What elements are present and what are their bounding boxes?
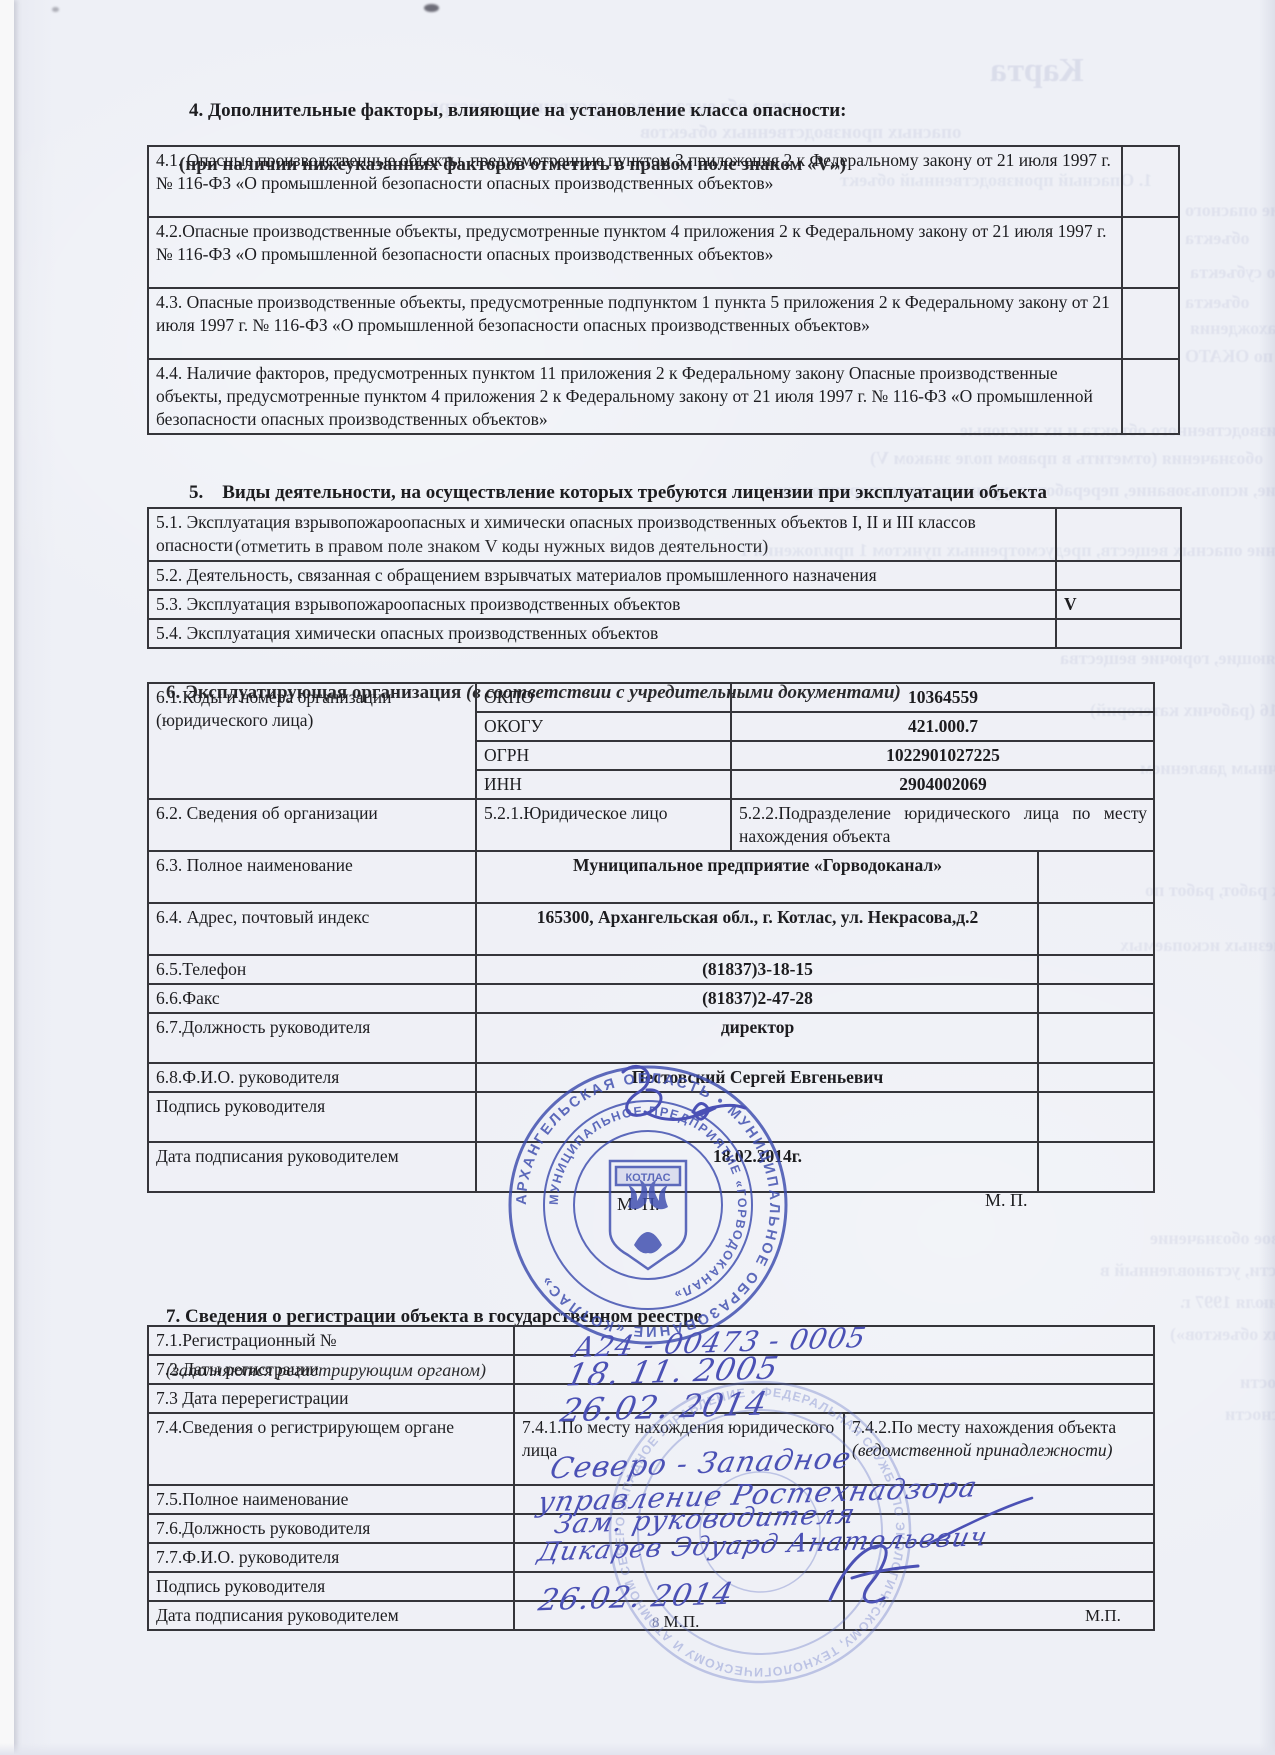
org-legal-entity: 5.2.1.Юридическое лицо [476, 799, 731, 851]
factor-4-1-text: 4.1. Опасные производственные объекты, п… [148, 146, 1122, 217]
bleedthrough-text: объекта [1185, 228, 1249, 249]
table-row: 6.1.Коды и номера организации (юридическ… [148, 683, 1154, 712]
head-signature-label: Подпись руководителя [148, 1092, 476, 1142]
table-row: 6.3. Полное наименование Муниципальное п… [148, 851, 1154, 903]
director-signature [545, 1060, 775, 1150]
handwritten-rereg-date: 26.02. 2014 [557, 1384, 771, 1429]
checkmark-stroke [920, 1492, 1040, 1552]
table-row: 6.5.Телефон (81837)3-18-15 [148, 955, 1154, 984]
empty-cell [1038, 955, 1154, 984]
table-row: 6.2. Сведения об организации 5.2.1.Юриди… [148, 799, 1154, 851]
code-inn-value: 2904002069 [731, 770, 1154, 799]
reg-org-label: 7.4.Сведения о регистрирующем органе [148, 1413, 514, 1485]
org-division: 5.2.2.Подразделение юридического лица по… [731, 799, 1154, 851]
table-row: 6.6.Факс (81837)2-47-28 [148, 984, 1154, 1013]
activity-5-3-mark: V [1056, 590, 1181, 619]
activity-5-3-text: 5.3. Эксплуатация взрывопожароопасных пр… [148, 590, 1056, 619]
head-position-label: 6.7.Должность руководителя [148, 1013, 476, 1063]
reg-date-label: 7.2.Даты регистрации [148, 1355, 514, 1384]
page-edge-shade-right [1259, 0, 1275, 1755]
table-row: 4.4. Наличие факторов, предусмотренных п… [148, 359, 1179, 434]
factor-4-1-mark [1122, 146, 1179, 217]
code-ogrn-label: ОГРН [476, 741, 731, 770]
code-okogu-label: ОКОГУ [476, 712, 731, 741]
activity-5-4-mark [1056, 619, 1181, 648]
code-okogu-value: 421.000.7 [731, 712, 1154, 741]
org-fullname-value: Муниципальное предприятие «Горводоканал» [476, 851, 1038, 903]
bleedthrough-text: осуществляемых открытым способом без при… [1145, 880, 1275, 901]
section4-title-line1: 4. Дополнительные факторы, влияющие на у… [179, 100, 847, 121]
org-info-label: 6.2. Сведения об организации [148, 799, 476, 851]
empty-cell [1038, 851, 1154, 903]
activity-5-2-mark [1056, 561, 1181, 590]
scanner-edge-strip [0, 0, 14, 1755]
table-row: 6.4. Адрес, почтовый индекс 165300, Арха… [148, 903, 1154, 955]
reg-number-label: 7.1.Регистрационный № [148, 1326, 514, 1355]
activity-5-1-mark [1056, 508, 1181, 561]
bleedthrough-text: в) использование оборудования, работающе… [1140, 758, 1275, 779]
table-row: 4.2.Опасные производственные объекты, пр… [148, 217, 1179, 288]
table-row: 5.4. Эксплуатация химически опасных прои… [148, 619, 1181, 648]
bleedthrough-text: 3. Класс опасности опасного производстве… [1150, 1228, 1275, 1249]
activity-5-1-text: 5.1. Эксплуатация взрывопожароопасных и … [148, 508, 1056, 561]
org-fullname-label: 6.3. Полное наименование [148, 851, 476, 903]
factor-4-2-text: 4.2.Опасные производственные объекты, пр… [148, 217, 1122, 288]
empty-cell [1038, 1142, 1154, 1192]
factor-4-4-mark [1122, 359, 1179, 434]
handwritten-sign-date: 26.02. 2014 [535, 1577, 736, 1619]
table-row: 6.7.Должность руководителя директор [148, 1013, 1154, 1063]
factor-4-2-mark [1122, 217, 1179, 288]
empty-cell [1038, 984, 1154, 1013]
seal-place-bottom-right: М.П. [1085, 1606, 1121, 1626]
section5-title-line1: 5. Виды деятельности, на осуществление к… [189, 482, 1047, 503]
code-okpo-label: ОКПО [476, 683, 731, 712]
empty-cell [1038, 1063, 1154, 1092]
empty-cell [1038, 1092, 1154, 1142]
activity-5-2-text: 5.2. Деятельность, связанная с обращение… [148, 561, 1056, 590]
sign-date-label: Дата подписания руководителем [148, 1142, 476, 1192]
org-fax-value: (81837)2-47-28 [476, 984, 1038, 1013]
table-row: 5.2. Деятельность, связанная с обращение… [148, 561, 1181, 590]
reg-fullname-label: 7.5.Полное наименование [148, 1485, 514, 1514]
bleedthrough-text: объекта [1185, 292, 1249, 313]
org-codes-label: 6.1.Коды и номера организации (юридическ… [148, 683, 476, 799]
section5-table: 5.1. Эксплуатация взрывопожароопасных и … [147, 507, 1182, 649]
code-ogrn-value: 1022901027225 [731, 741, 1154, 770]
code-okpo-value: 10364559 [731, 683, 1154, 712]
empty-cell [1038, 1013, 1154, 1063]
org-address-label: 6.4. Адрес, почтовый индекс [148, 903, 476, 955]
scan-speck [52, 7, 59, 12]
table-row: 5.3. Эксплуатация взрывопожароопасных пр… [148, 590, 1181, 619]
factor-4-3-mark [1122, 288, 1179, 359]
org-phone-value: (81837)3-18-15 [476, 955, 1038, 984]
stamp-emblem-label: КОТЛАС [625, 1172, 670, 1184]
head-position-value: директор [476, 1013, 1038, 1063]
code-inn-label: ИНН [476, 770, 731, 799]
org-phone-label: 6.5.Телефон [148, 955, 476, 984]
table-row: 4.3. Опасные производственные объекты, п… [148, 288, 1179, 359]
table-row: 5.1. Эксплуатация взрывопожароопасных и … [148, 508, 1181, 561]
org-address-value: 165300, Архангельская обл., г. Котлас, у… [476, 903, 1038, 955]
org-fax-label: 6.6.Факс [148, 984, 476, 1013]
reg-fio-label: 7.7.Ф.И.О. руководителя [148, 1543, 514, 1572]
empty-cell [1038, 903, 1154, 955]
section4-table: 4.1. Опасные производственные объекты, п… [147, 145, 1180, 435]
factor-4-4-text: 4.4. Наличие факторов, предусмотренных п… [148, 359, 1122, 434]
reg-sign-date-label: Дата подписания руководителем [148, 1601, 514, 1630]
scanned-document-page: Карта учета объекта в государственном ре… [0, 0, 1275, 1755]
bleedthrough-text: (отметить в правом поле знаком V класс о… [1100, 1260, 1275, 1281]
table-row: 4.1. Опасные производственные объекты, п… [148, 146, 1179, 217]
page-edge-shade-bottom [0, 1743, 1275, 1755]
reg-signature-label: Подпись руководителя [148, 1572, 514, 1601]
seal-place-right: М. П. [985, 1190, 1028, 1211]
head-fio-label: 6.8.Ф.И.О. руководителя [148, 1063, 476, 1092]
scan-speck [424, 4, 439, 12]
activity-5-4-text: 5.4. Эксплуатация химически опасных прои… [148, 619, 1056, 648]
factor-4-3-text: 4.3. Опасные производственные объекты, п… [148, 288, 1122, 359]
reg-position-label: 7.6.Должность руководителя [148, 1514, 514, 1543]
rereg-date-label: 7.3 Дата перерегистрации [148, 1384, 514, 1413]
